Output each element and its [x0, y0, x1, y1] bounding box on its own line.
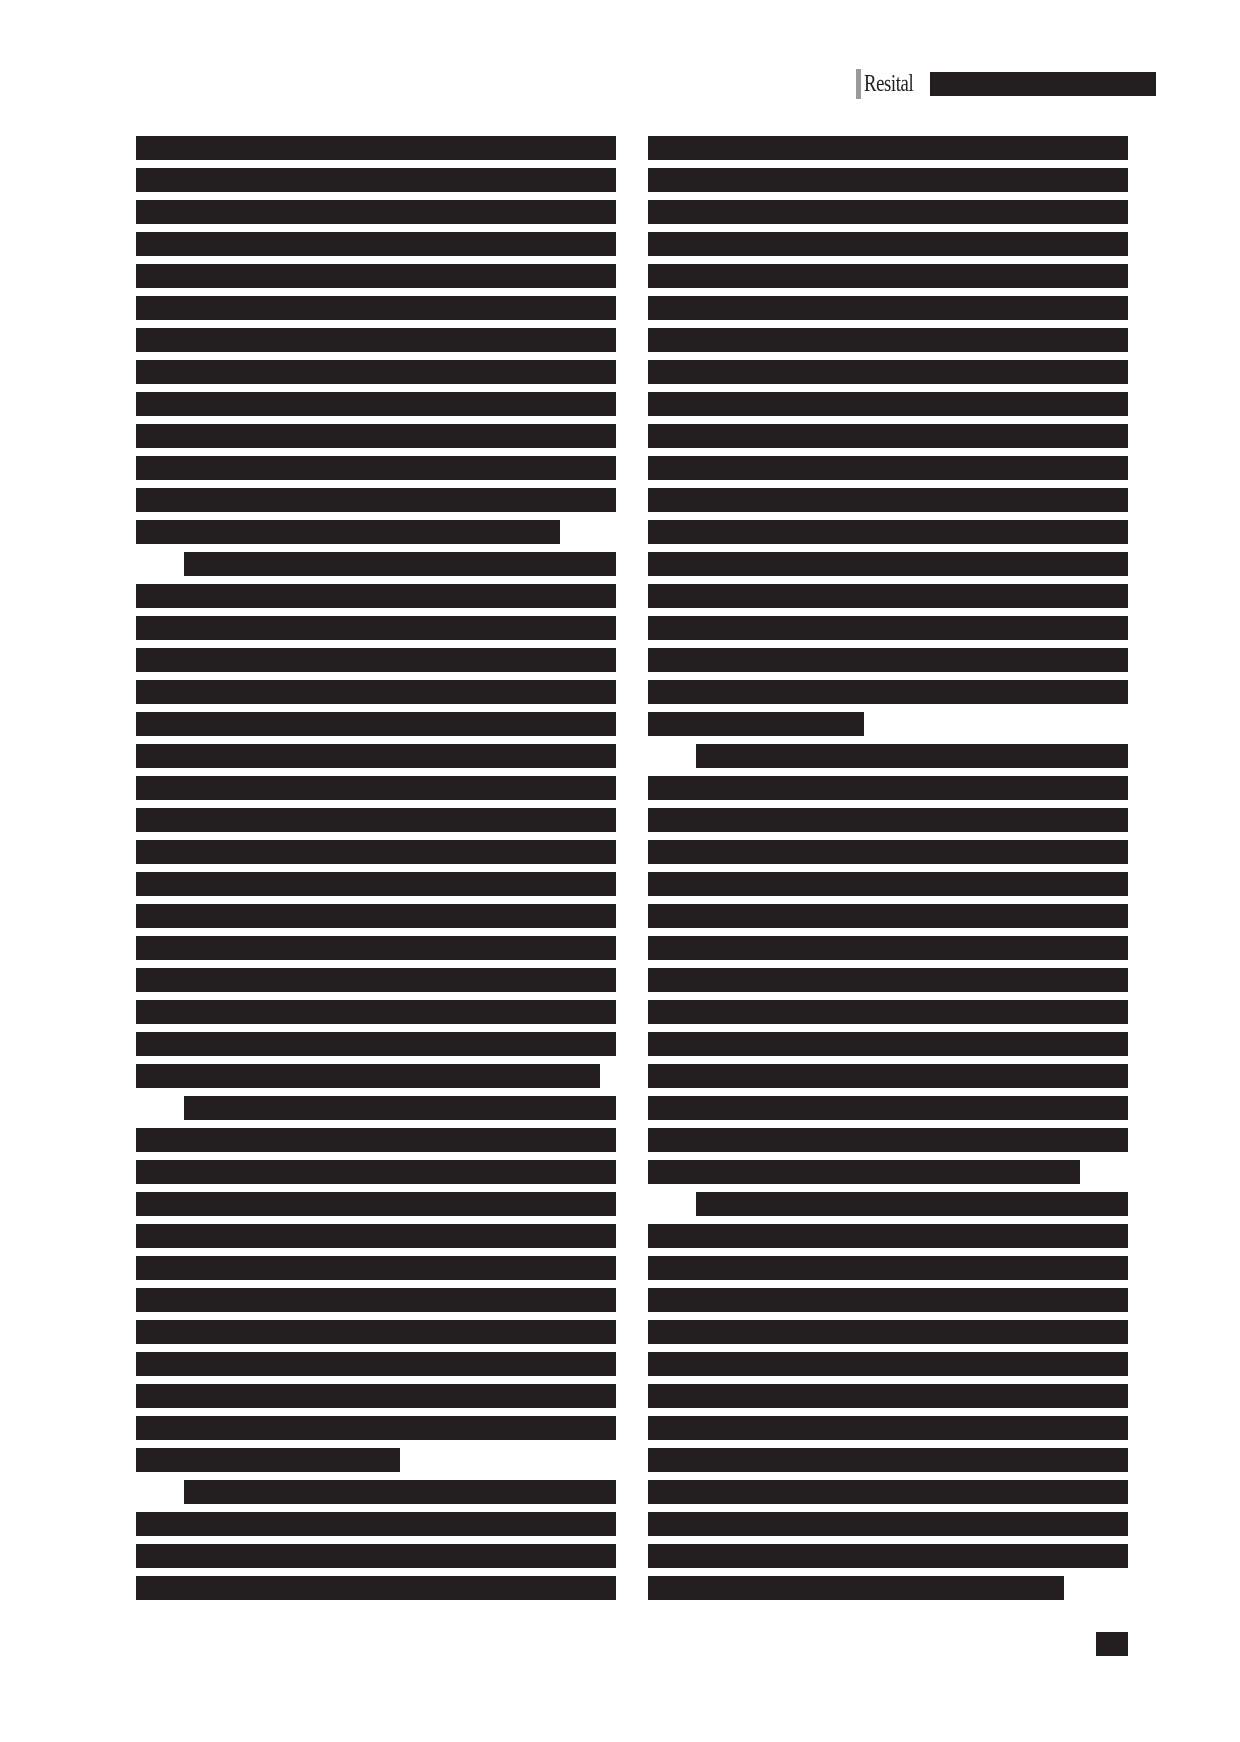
- redacted-text-line: [648, 1544, 1128, 1568]
- redacted-text-line: [136, 1192, 616, 1216]
- redacted-text-line: [136, 776, 616, 800]
- redacted-text-line: [136, 456, 616, 480]
- redacted-text-line: [648, 776, 1128, 800]
- redacted-text-line: [136, 1160, 616, 1184]
- redacted-text-line: [136, 264, 616, 288]
- redacted-text-line: [136, 840, 616, 864]
- redacted-text-line: [648, 456, 1128, 480]
- redacted-text-line: [648, 296, 1128, 320]
- redacted-text-line: [136, 584, 616, 608]
- redacted-text-line: [136, 392, 616, 416]
- redacted-text-line: [184, 1480, 616, 1504]
- redacted-text-line: [136, 904, 616, 928]
- redacted-text-line: [648, 1480, 1128, 1504]
- redacted-text-line: [136, 1288, 616, 1312]
- redacted-text-line: [136, 872, 616, 896]
- redacted-text-line: [648, 424, 1128, 448]
- redacted-text-line: [696, 1192, 1128, 1216]
- redacted-text-line: [648, 1256, 1128, 1280]
- redacted-text-line: [648, 1000, 1128, 1024]
- redacted-text-line: [648, 1512, 1128, 1536]
- redacted-text-line: [136, 360, 616, 384]
- redacted-text-line: [648, 904, 1128, 928]
- redacted-text-line: [136, 520, 560, 544]
- redacted-text-line: [136, 1384, 616, 1408]
- journal-name: Resital: [864, 71, 912, 98]
- redacted-text-line: [136, 1128, 616, 1152]
- redacted-text-line: [648, 200, 1128, 224]
- redacted-text-line: [648, 680, 1128, 704]
- journal-page: Resital: [0, 0, 1240, 1742]
- redacted-text-line: [648, 1032, 1128, 1056]
- redacted-text-line: [648, 1320, 1128, 1344]
- redacted-text-line: [648, 648, 1128, 672]
- redacted-text-line: [136, 296, 616, 320]
- redacted-text-line: [648, 520, 1128, 544]
- redacted-text-line: [136, 1000, 616, 1024]
- redacted-text-line: [648, 168, 1128, 192]
- redacted-text-line: [648, 1384, 1128, 1408]
- redacted-text-line: [136, 232, 616, 256]
- redacted-page-number: [1096, 1632, 1128, 1656]
- redacted-text-line: [648, 872, 1128, 896]
- redacted-text-line: [136, 744, 616, 768]
- redacted-text-line: [136, 1448, 400, 1472]
- redacted-text-line: [184, 552, 616, 576]
- redacted-text-line: [136, 1256, 616, 1280]
- redacted-text-line: [136, 1352, 616, 1376]
- redacted-text-line: [136, 968, 616, 992]
- redacted-text-line: [136, 200, 616, 224]
- redacted-text-line: [136, 616, 616, 640]
- redacted-text-line: [648, 1576, 1064, 1600]
- redacted-text-line: [648, 1448, 1128, 1472]
- redacted-text-line: [136, 808, 616, 832]
- redacted-text-line: [136, 168, 616, 192]
- redacted-article-title: [930, 72, 1156, 96]
- redacted-text-line: [136, 648, 616, 672]
- redacted-text-line: [648, 1160, 1080, 1184]
- redacted-text-line: [136, 488, 616, 512]
- redacted-text-line: [648, 328, 1128, 352]
- redacted-text-line: [648, 1096, 1128, 1120]
- redacted-text-line: [696, 744, 1128, 768]
- header-rule: [856, 69, 861, 99]
- redacted-text-line: [136, 1416, 616, 1440]
- redacted-text-line: [648, 264, 1128, 288]
- redacted-text-line: [136, 680, 616, 704]
- redacted-text-line: [136, 712, 616, 736]
- redacted-text-line: [136, 328, 616, 352]
- redacted-text-line: [136, 1064, 600, 1088]
- redacted-text-line: [648, 712, 864, 736]
- redacted-text-line: [648, 840, 1128, 864]
- redacted-text-line: [136, 1224, 616, 1248]
- running-head: Resital: [856, 68, 1156, 100]
- redacted-text-line: [648, 1128, 1128, 1152]
- redacted-text-line: [648, 136, 1128, 160]
- redacted-text-line: [648, 1352, 1128, 1376]
- redacted-text-line: [648, 1416, 1128, 1440]
- redacted-text-line: [648, 232, 1128, 256]
- redacted-text-line: [648, 360, 1128, 384]
- left-text-column: [136, 136, 616, 1608]
- redacted-text-line: [648, 1288, 1128, 1312]
- right-text-column: [648, 136, 1128, 1608]
- redacted-text-line: [184, 1096, 616, 1120]
- redacted-text-line: [136, 1576, 616, 1600]
- redacted-text-line: [136, 424, 616, 448]
- redacted-text-line: [648, 488, 1128, 512]
- redacted-text-line: [648, 808, 1128, 832]
- redacted-text-line: [136, 1544, 616, 1568]
- redacted-text-line: [136, 1032, 616, 1056]
- redacted-text-line: [648, 1064, 1128, 1088]
- redacted-text-line: [648, 936, 1128, 960]
- redacted-text-line: [648, 392, 1128, 416]
- redacted-text-line: [136, 136, 616, 160]
- redacted-text-line: [648, 616, 1128, 640]
- redacted-text-line: [136, 936, 616, 960]
- redacted-text-line: [648, 584, 1128, 608]
- redacted-text-line: [136, 1320, 616, 1344]
- redacted-text-line: [136, 1512, 616, 1536]
- redacted-text-line: [648, 552, 1128, 576]
- redacted-text-line: [648, 1224, 1128, 1248]
- redacted-text-line: [648, 968, 1128, 992]
